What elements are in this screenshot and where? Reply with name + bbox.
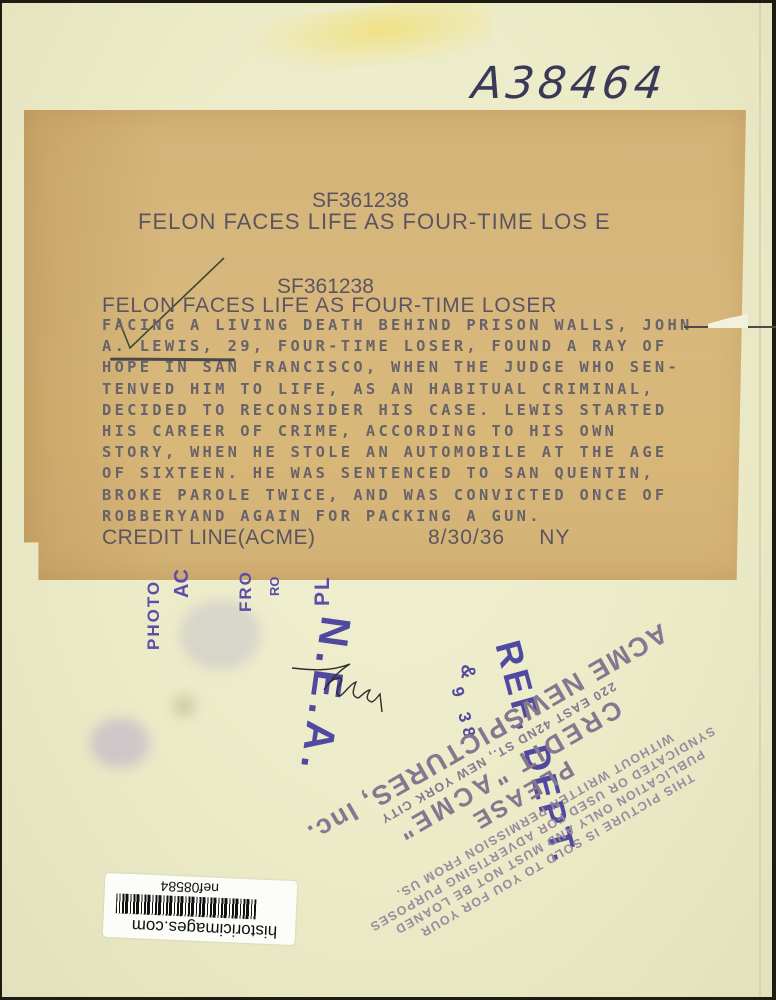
stamp-ro: RO <box>267 577 282 597</box>
date: 8/30/36 <box>428 526 505 549</box>
caption-line: FACING A LIVING DEATH BEHIND PRISON WALL… <box>102 315 742 336</box>
stamp-fro: FRO <box>236 570 256 612</box>
stamp-ac: AC <box>171 569 194 598</box>
credit-line: CREDIT LINE(ACME) <box>102 526 315 550</box>
caption-line: DECIDED TO RECONSIDER HIS CASE. LEWIS ST… <box>102 400 742 421</box>
ink-smudge <box>90 718 150 768</box>
signature-icon <box>290 650 400 730</box>
caption-line: A. LEWIS, 29, FOUR-TIME LOSER, FOUND A R… <box>102 336 742 357</box>
caption-line: ROBBERYAND AGAIN FOR PACKING A GUN. <box>102 506 742 527</box>
caption-line: BROKE PAROLE TWICE, AND WAS CONVICTED ON… <box>102 485 742 506</box>
stamp-ampersand: & <box>456 664 479 678</box>
handwritten-ref-number: A38464 <box>469 58 668 109</box>
caption-line: STORY, WHEN HE STOLE AN AUTOMOBILE AT TH… <box>102 442 742 463</box>
caption-line: OF SIXTEEN. HE WAS SENTENCED TO SAN QUEN… <box>102 463 742 484</box>
stamp-photo: PHOTO <box>144 580 164 650</box>
dirt-smudge <box>172 695 196 717</box>
caption-text: FACING A LIVING DEATH BEHIND PRISON WALL… <box>102 315 742 527</box>
caption-line: TENVED HIM TO LIFE, AS AN HABITUAL CRIMI… <box>102 379 742 400</box>
caption-line: HIS CAREER OF CRIME, ACCORDING TO HIS OW… <box>102 421 742 442</box>
dateline: 8/30/36 NY <box>428 526 570 550</box>
barcode-id: nef08584 <box>160 878 219 897</box>
location: NY <box>539 526 570 549</box>
paper-edge <box>759 3 761 997</box>
barcode-label: historicimages.com nef08584 <box>103 873 298 945</box>
headline-top: FELON FACES LIFE AS FOUR-TIME LOS E <box>138 209 611 235</box>
stamp-pl: PL <box>311 575 335 606</box>
yellow-stain <box>250 3 495 79</box>
